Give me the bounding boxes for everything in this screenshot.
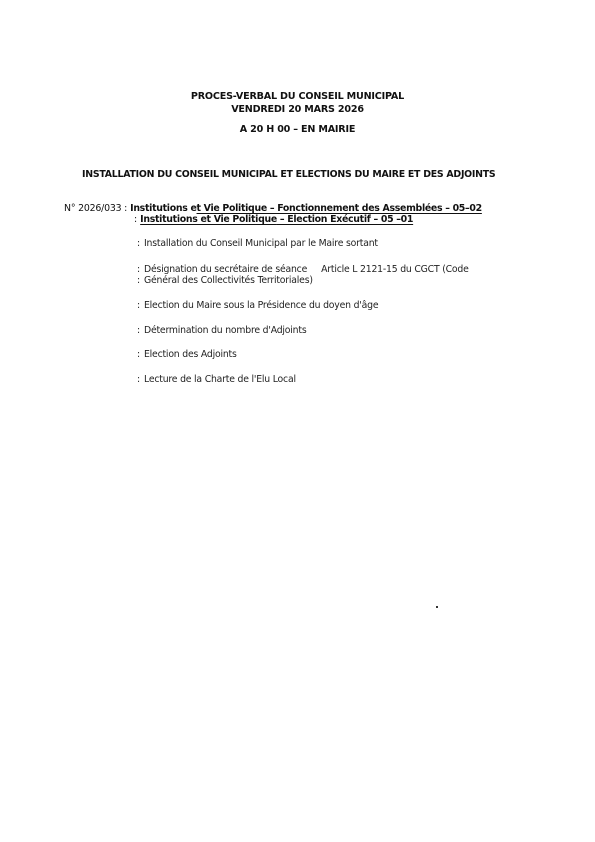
agenda-item-continuation: :Général des Collectivités Territoriales… <box>137 275 313 286</box>
agenda-colon: : <box>137 374 144 385</box>
deliberation-number: N° 2026/033 : <box>64 203 127 214</box>
category-secondary-a: Institutions et Vie Politique <box>140 214 277 225</box>
section-heading: INSTALLATION DU CONSEIL MUNICIPAL ET ELE… <box>82 169 522 180</box>
category-primary-a: Institutions e <box>130 203 196 214</box>
category-primary-b: t Vie Politique – Fonctionnement des Ass… <box>197 203 482 214</box>
document-title: PROCES-VERBAL DU CONSEIL MUNICIPAL <box>0 91 595 102</box>
agenda-item-text: Lecture de la Charte de l'Elu Local <box>144 374 296 385</box>
meeting-date: VENDREDI 20 MARS 2026 <box>0 104 595 115</box>
agenda-item-text: Installation du Conseil Municipal par le… <box>144 238 378 249</box>
agenda-item-text: Election du Maire sous la Présidence du … <box>144 300 378 311</box>
agenda-item-legal-ref: Article L 2121-15 du CGCT (Code <box>321 264 469 275</box>
agenda-item: :Désignation du secrétaire de séanceArti… <box>137 264 469 275</box>
reference-line-2: : Institutions et Vie Politique – Electi… <box>134 214 413 225</box>
agenda-colon: : <box>137 275 144 286</box>
agenda-colon: : <box>137 300 144 311</box>
reference-colon: : <box>134 214 137 225</box>
agenda-item: :Détermination du nombre d'Adjoints <box>137 325 306 336</box>
agenda-item: :Election des Adjoints <box>137 349 237 360</box>
agenda-item-text: Général des Collectivités Territoriales) <box>144 275 313 286</box>
meeting-time-location: A 20 H 00 – EN MAIRIE <box>0 124 595 135</box>
agenda-item: :Installation du Conseil Municipal par l… <box>137 238 378 249</box>
agenda-item-text: Détermination du nombre d'Adjoints <box>144 325 306 336</box>
agenda-colon: : <box>137 349 144 360</box>
agenda-item-text: Désignation du secrétaire de séance <box>144 264 307 275</box>
agenda-item-text: Election des Adjoints <box>144 349 237 360</box>
agenda-item: :Lecture de la Charte de l'Elu Local <box>137 374 296 385</box>
agenda-colon: : <box>137 325 144 336</box>
agenda-item: :Election du Maire sous la Présidence du… <box>137 300 378 311</box>
category-secondary: Institutions et Vie Politique – Election… <box>140 214 413 225</box>
scan-speck <box>436 606 438 608</box>
category-secondary-b: – Election Exécutif – 05 –01 <box>277 214 413 225</box>
agenda-colon: : <box>137 264 144 275</box>
agenda-colon: : <box>137 238 144 249</box>
reference-line-1: N° 2026/033 : Institutions et Vie Politi… <box>64 203 482 214</box>
category-primary: Institutions et Vie Politique – Fonction… <box>130 203 482 214</box>
document-page: PROCES-VERBAL DU CONSEIL MUNICIPAL VENDR… <box>0 0 595 842</box>
